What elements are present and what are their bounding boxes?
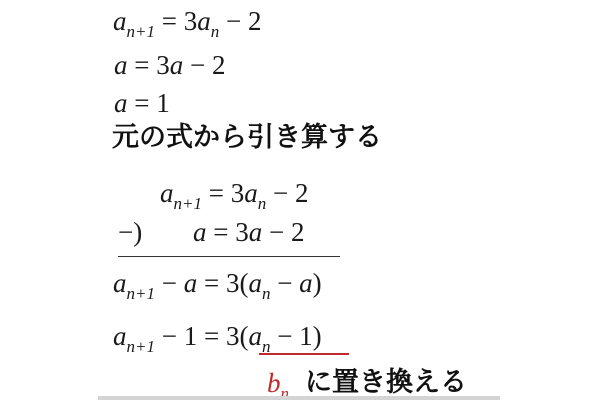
equation-characteristic: a = 3a − 2 <box>114 52 225 79</box>
equals-3: = 3 <box>202 178 244 208</box>
var-a: a <box>113 321 127 351</box>
var-a: a <box>184 268 198 298</box>
subtraction-result: an+1 − a = 3(an − a) <box>113 270 322 297</box>
var-a: a <box>193 217 207 247</box>
minus-2: − 2 <box>262 217 304 247</box>
subscript: n+1 <box>127 284 155 303</box>
var-b: b <box>267 368 281 398</box>
minus-2: − 2 <box>266 178 308 208</box>
equals-3: = 3 <box>128 50 170 80</box>
subscript: n <box>258 194 267 213</box>
var-a: a <box>113 268 127 298</box>
equation-solution: a = 1 <box>114 90 170 117</box>
equals-3: = 3 <box>155 6 197 36</box>
subtraction-bottom-equation: a = 3a − 2 <box>193 219 304 246</box>
subscript: n+1 <box>174 194 202 213</box>
minus-2: − 2 <box>219 6 261 36</box>
underline-highlight <box>259 353 349 355</box>
var-a: a <box>299 268 313 298</box>
var-a: a <box>160 178 174 208</box>
bottom-divider <box>98 396 500 400</box>
close-paren: ) <box>313 268 322 298</box>
var-a: a <box>244 178 258 208</box>
equation-recurrence: an+1 = 3an − 2 <box>113 8 261 35</box>
substituted-result: an+1 − 1 = 3(an − 1) <box>113 323 322 350</box>
var-a: a <box>248 268 262 298</box>
var-a: a <box>114 50 128 80</box>
subscript: n+1 <box>127 337 155 356</box>
minus-1-equals-3: − 1 = 3( <box>155 321 248 351</box>
minus-2: − 2 <box>183 50 225 80</box>
replacement-variable: bn <box>267 370 289 397</box>
minus: − <box>270 268 299 298</box>
equals-3-paren: = 3( <box>197 268 248 298</box>
minus: − <box>155 268 184 298</box>
var-a: a <box>248 321 262 351</box>
subscript: n <box>211 22 220 41</box>
subscript: n+1 <box>127 22 155 41</box>
var-a: a <box>249 217 263 247</box>
subtraction-top-equation: an+1 = 3an − 2 <box>160 180 308 207</box>
var-a: a <box>113 6 127 36</box>
equals-3: = 3 <box>207 217 249 247</box>
var-a: a <box>114 88 128 118</box>
minus-1-close: − 1) <box>270 321 321 351</box>
heading-subtract: 元の式から引き算する <box>112 124 382 151</box>
subtraction-rule <box>118 256 340 257</box>
var-a: a <box>197 6 211 36</box>
replace-label: に置き換える <box>305 369 467 396</box>
equals-1: = 1 <box>128 88 170 118</box>
subtraction-mark: −) <box>118 219 142 246</box>
var-a: a <box>170 50 184 80</box>
